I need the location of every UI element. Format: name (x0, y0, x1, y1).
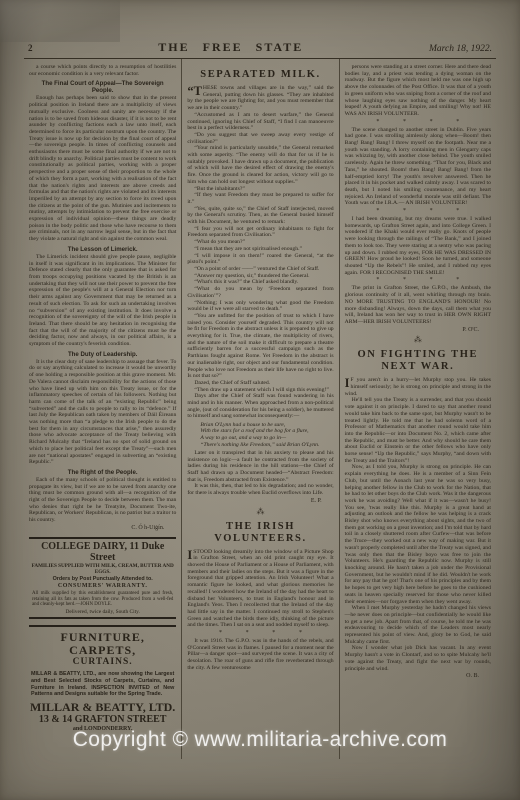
page-fold-shadow (0, 0, 120, 42)
paragraph: The Limerick incident should give people… (29, 254, 176, 348)
paragraph: Now I wonder what job Dick has vacant. I… (345, 645, 491, 672)
college-dairy-ad: COLLEGE DAIRY, 11 Duke Street FAMILIES S… (29, 537, 176, 620)
dairy-ad-line2: Orders by Post Punctually Attended to. (30, 576, 175, 583)
section-subhead: The Final Court of Appeal—The Sovereign … (33, 80, 172, 94)
author-signature: P. O'C. (345, 327, 491, 334)
lead-paragraph: I STOOD looking dreamily into the window… (187, 549, 333, 629)
ornament: ⁂ (345, 336, 491, 344)
stars-separator: **** (195, 631, 325, 636)
paragraph: “I will impose it on them!” roared the G… (187, 253, 333, 266)
author-signature: C. Ó h-Uiġín. (29, 525, 176, 532)
furniture-ad-title2: CURTAINS. (29, 657, 176, 668)
dairy-ad-line1: FAMILIES SUPPLIED WITH MILK, CREAM, BUTT… (30, 563, 175, 576)
article-headline: SEPARATED MILK. (187, 69, 333, 81)
page-sheet: 2 THE FREE STATE March 18, 1922. a cours… (24, 40, 496, 759)
paragraph: “If they want Freedom they must be prepa… (187, 192, 333, 205)
paragraph: The scene changed to another street in D… (345, 127, 491, 207)
paragraph: “What do you mean by ‘Freedom separated … (187, 286, 333, 299)
paragraph: “Yes, quite, quite so,” the Chief of Sta… (187, 206, 333, 226)
lead-paragraph: IF you aren't in a hurry—let Murphy stop… (345, 377, 491, 397)
stars-separator: **** (353, 120, 483, 125)
paragraph: “Do you suggest that we sweep away every… (187, 132, 333, 145)
paragraph: It was 1916. The G.P.O. was in the hands… (187, 638, 333, 672)
paragraph: It was this, then, that led to his degra… (187, 483, 333, 496)
column-3: persons were standing at a street corner… (339, 59, 496, 759)
ornament: ⁂ (187, 508, 333, 516)
paragraph: “Nothing; I was only wondering what good… (187, 300, 333, 313)
section-subhead: The Duty of Leadership. (33, 351, 172, 358)
section-subhead: The Right of the People. (33, 469, 172, 476)
author-signature: E. P. (187, 498, 333, 505)
paragraph: The print in Grafton Street, the G.P.O.,… (345, 285, 491, 325)
column-3-blocks: persons were standing at a street corner… (345, 64, 491, 680)
paragraph: “Accustomed as I am to desert warfare,” … (187, 112, 333, 132)
stars-separator: **** (353, 278, 483, 283)
column-1-blocks: a course which points directly to a resu… (29, 64, 176, 532)
furniture-ad-body: MILLAR & BEATTY, LTD., are now showing t… (31, 671, 174, 697)
issue-date: March 18, 1922. (429, 44, 492, 54)
columns: a course which points directly to a resu… (24, 59, 496, 759)
column-2-blocks: SEPARATED MILK.“THESE towns and villages… (187, 69, 333, 672)
dairy-ad-delivery: Delivered, twice daily, South City. (30, 609, 175, 616)
paragraph: Dazed, the Chief of Staff saluted. (187, 380, 333, 387)
paragraph: He'll tell you the Treaty is a surrender… (345, 397, 491, 464)
paragraph: “I fear you will not get ordinary inhabi… (187, 226, 333, 239)
furniture-ad-address: 13 & 14 GRAFTON STREET (29, 714, 176, 725)
column-2: SEPARATED MILK.“THESE towns and villages… (181, 59, 338, 759)
column-1: a course which points directly to a resu… (24, 59, 181, 759)
paragraph: I had been dreaming, but my dreams were … (345, 216, 491, 276)
paragraph: Later on it transpired that in his anxie… (187, 450, 333, 484)
paragraph: a course which points directly to a resu… (29, 64, 176, 77)
paragraph: Now, as I told you, Murphy is strong on … (345, 464, 491, 605)
dairy-ad-warranty: CONSUMERS' WARRANTY. (30, 583, 175, 590)
furniture-ad-title: FURNITURE, CARPETS, (29, 631, 176, 657)
article-headline: THE IRISH VOLUNTEERS. (187, 521, 333, 545)
stars-separator: **** (353, 209, 483, 214)
masthead: 2 THE FREE STATE March 18, 1922. (24, 40, 496, 59)
lead-paragraph: “THESE towns and villages are in the way… (187, 85, 333, 112)
verse: Brian O'Lynn had a house to be sure,With… (187, 422, 333, 449)
author-signature: O. B. (345, 673, 491, 680)
article-headline: ON FIGHTING THE NEXT WAR. (345, 349, 491, 373)
dairy-ad-body: All milk supplied by this establishment … (32, 591, 173, 608)
furniture-ad: FURNITURE, CARPETS, CURTAINS. MILLAR & B… (29, 625, 176, 732)
section-subhead: The Lesson of Limerick. (33, 246, 172, 253)
paragraph: When I met Murphy yesterday he hadn't ch… (345, 605, 491, 645)
paragraph: “Your mind is particularly unsubtle,” th… (187, 145, 333, 185)
paragraph: “What do you mean?” (187, 239, 333, 246)
paragraph: Each of the many schools of political th… (29, 477, 176, 524)
paragraph: “I mean that they are not spiritualised … (187, 246, 333, 253)
newspaper-title: THE FREE STATE (158, 40, 303, 55)
paragraph: “You are unfitted for the position of tr… (187, 313, 333, 380)
page-number: 2 (28, 43, 33, 53)
newspaper-page-scan: 2 THE FREE STATE March 18, 1922. a cours… (0, 0, 520, 800)
paragraph: Enough has perhaps been said to show tha… (29, 95, 176, 242)
archive-watermark: Copyright © www.militaria-archive.com (0, 728, 520, 752)
paragraph: It is the clear duty of sane leadership … (29, 359, 176, 466)
paragraph: Days after the Chief of Staff was found … (187, 393, 333, 420)
paragraph: “On a point of order ——” ventured the Ch… (187, 266, 333, 273)
furniture-ad-name: MILLAR & BEATTY, LTD. (29, 701, 176, 714)
paragraph: persons were standing at a street corner… (345, 64, 491, 118)
dairy-ad-title: COLLEGE DAIRY, 11 Duke Street (30, 541, 175, 563)
